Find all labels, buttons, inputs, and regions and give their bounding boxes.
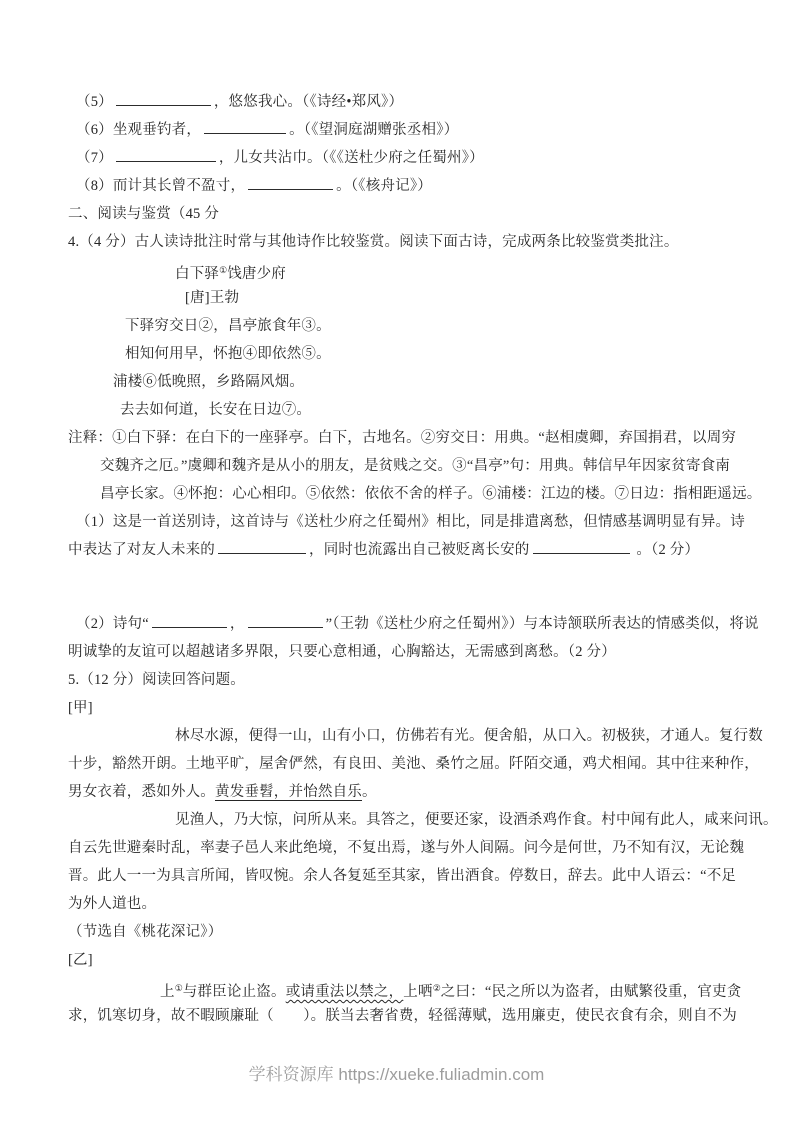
footnote-marker: ① (175, 983, 183, 993)
text-segment: 去去如何道，长安在日边⑦。 (120, 402, 311, 418)
text-segment: （5） (76, 94, 113, 110)
poem-author: [唐]王勃 (68, 284, 743, 312)
poem-line-1: 下驿穷交日②，昌亭旅食年③。 (68, 312, 743, 340)
text-segment: 。（2 分） (633, 542, 700, 558)
text-segment: 二、阅读与鉴赏（45 分 (68, 206, 219, 222)
text-segment: 4.（4 分）古人读诗批注时常与其他诗作比较鉴赏。阅读下面古诗，完成两条比较鉴赏… (68, 234, 679, 250)
text-segment: （8）而计其长曾不盈寸， (76, 178, 245, 194)
question-4-2-line-1: （2）诗句“，”（王勃《送杜少府之任蜀州》）与本诗颔联所表达的情感类似，将说 (68, 610, 743, 638)
answer-blank (533, 541, 630, 554)
text-segment: 浦楼⑥低晚照，乡路隔风烟。 (113, 374, 304, 390)
resource-site-link[interactable]: 学科资源库 https://xueke.fuliadmin.com (249, 1065, 545, 1084)
passage-jia-line-2: 十步，豁然开朗。土地平旷，屋舍俨然，有良田、美池、桑竹之屈。阡陌交通，鸡犬相闻。… (68, 750, 743, 778)
text-segment: 求，饥寒切身，故不暇顾廉耻（ ）。朕当去奢省费，轻徭薄赋，选用廉吏，使民衣食有余… (68, 1008, 737, 1024)
answer-blank (248, 177, 333, 190)
text-segment: ， (230, 616, 245, 632)
passage-jia-line-1: 林尽水源，便得一山，山有小口，仿佛若有光。便舍船，从口入。初极狭，才通人。复行数 (68, 722, 743, 750)
passage-jia-line-3: 男女衣着，悉如外人。黄发垂髫，并怡然自乐。 (68, 778, 743, 806)
text-segment: 明诚挚的友谊可以超越诸多界限，只要心意相通，心胸豁达，无需感到离愁。（2 分） (68, 644, 616, 660)
vertical-gap (68, 564, 743, 610)
text-segment: 相知何用早，怀抱④即依然⑤。 (125, 346, 331, 362)
text-segment: 见渔人，乃大惊，问所从来。具答之，便要还家，设酒杀鸡作食。村中闻有此人，咸来问讯… (175, 812, 778, 828)
text-segment: 昌亭长家。④怀抱：心心相印。⑤依然：依依不舍的样子。⑥浦楼：江边的楼。⑦日边：指… (100, 486, 762, 502)
text-segment: 白下驿 (175, 266, 219, 282)
passage-jia-source: （节选自《桃花深记》） (68, 918, 743, 946)
blank-item-8: （8）而计其长曾不盈寸，。（《核舟记》） (68, 172, 743, 200)
text-segment: [乙] (68, 952, 93, 968)
text-segment: 注释：①白下驿：在白下的一座驿亭。白下，古地名。②穷交日：用典。“赵相虞卿，弃国… (68, 430, 736, 446)
passage-yi-label: [乙] (68, 946, 743, 974)
text-segment: （1）这是一首送别诗，这首诗与《送杜少府之任蜀州》相比，同是排遣离愁，但情感基调… (76, 514, 745, 530)
text-segment: 交魏齐之厄。”虞卿和魏齐是从小的朋友，是贫贱之交。③“昌亭”句：用典。韩信早年因… (100, 458, 730, 474)
answer-blank (116, 149, 216, 162)
text-segment: 晋。此人一一为具言所闻，皆叹惋。余人各复延至其家，皆出酒食。停数日，辞去。此中人… (68, 868, 736, 884)
text-segment: ”（王勃《送杜少府之任蜀州》）与本诗颔联所表达的情感类似，将说 (326, 616, 759, 632)
section-heading-reading: 二、阅读与鉴赏（45 分 (68, 200, 743, 228)
text-segment: （7） (76, 150, 113, 166)
text-segment: 男女衣着，悉如外人。 (68, 784, 215, 800)
question-4-stem: 4.（4 分）古人读诗批注时常与其他诗作比较鉴赏。阅读下面古诗，完成两条比较鉴赏… (68, 228, 743, 256)
blank-item-6: （6）坐观垂钓者，。（《望洞庭湖赠张丞相》） (68, 116, 743, 144)
text-segment: 十步，豁然开朗。土地平旷，屋舍俨然，有良田、美池、桑竹之屈。阡陌交通，鸡犬相闻。… (68, 756, 759, 772)
text-segment: 。（《望洞庭湖赠张丞相》） (289, 122, 458, 138)
wavy-underlined-phrase: 或请重法以禁之， (286, 984, 404, 1000)
blank-item-7: （7），儿女共沾巾。（《《送杜少府之任蜀州》） (68, 144, 743, 172)
text-segment: 饯唐少府 (227, 266, 286, 282)
passage-jia-line-5: 自云先世避秦时乱，率妻子邑人来此绝境，不复出焉，遂与外人间隔。问今是何世，乃不知… (68, 834, 743, 862)
question-4-1-line-2: 中表达了对友人未来的，同时也流露出自己被贬离长安的 。（2 分） (68, 536, 743, 564)
text-segment: 林尽水源，便得一山，山有小口，仿佛若有光。便舍船，从口入。初极狭，才通人。复行数 (175, 728, 763, 744)
exam-paper-page: （5），悠悠我心。（《诗经•郑风》）（6）坐观垂钓者，。（《望洞庭湖赠张丞相》）… (0, 0, 793, 1122)
answer-blank (116, 93, 211, 106)
passage-jia-line-4: 见渔人，乃大惊，问所从来。具答之，便要还家，设酒杀鸡作食。村中闻有此人，咸来问讯… (68, 806, 743, 834)
text-segment: 。（《核舟记》） (336, 178, 432, 194)
answer-blank (204, 121, 286, 134)
passage-jia-line-6: 晋。此人一一为具言所闻，皆叹惋。余人各复延至其家，皆出酒食。停数日，辞去。此中人… (68, 862, 743, 890)
answer-blank (248, 615, 323, 628)
text-segment: 为外人道也。 (68, 896, 156, 912)
poem-line-2: 相知何用早，怀抱④即依然⑤。 (68, 340, 743, 368)
text-segment: [甲] (68, 700, 93, 716)
poem-notes-line-1: 注释：①白下驿：在白下的一座驿亭。白下，古地名。②穷交日：用典。“赵相虞卿，弃国… (68, 424, 743, 452)
poem-notes-line-2: 交魏齐之厄。”虞卿和魏齐是从小的朋友，是贫贱之交。③“昌亭”句：用典。韩信早年因… (68, 452, 743, 480)
document-body: （5），悠悠我心。（《诗经•郑风》）（6）坐观垂钓者，。（《望洞庭湖赠张丞相》）… (0, 0, 793, 1030)
passage-jia-label: [甲] (68, 694, 743, 722)
blank-item-5: （5），悠悠我心。（《诗经•郑风》） (68, 88, 743, 116)
question-5-stem: 5.（12 分）阅读回答问题。 (68, 666, 743, 694)
text-segment: 上 (160, 984, 175, 1000)
page-footer: 学科资源库 https://xueke.fuliadmin.com (0, 1060, 793, 1085)
poem-line-4: 去去如何道，长安在日边⑦。 (68, 396, 743, 424)
text-segment: （2）诗句“ (76, 616, 149, 632)
footnote-marker: ① (219, 265, 227, 275)
underlined-phrase: 黄发垂髫，并怡然自乐 (215, 784, 362, 800)
text-segment: 。 (362, 784, 377, 800)
text-segment: 与群臣论止盗。 (183, 984, 286, 1000)
text-segment: 上哂 (403, 984, 432, 1000)
passage-jia-line-7: 为外人道也。 (68, 890, 743, 918)
text-segment: ，儿女共沾巾。（《《送杜少府之任蜀州》） (219, 150, 484, 166)
footnote-marker: ② (433, 983, 441, 993)
text-segment: 下驿穷交日②，昌亭旅食年③。 (125, 318, 331, 334)
passage-yi-line-2: 求，饥寒切身，故不暇顾廉耻（ ）。朕当去奢省费，轻徭薄赋，选用廉吏，使民衣食有余… (68, 1002, 743, 1030)
poem-title: 白下驿①饯唐少府 (68, 256, 743, 284)
passage-yi-line-1: 上①与群臣论止盗。或请重法以禁之，上哂②之曰：“民之所以为盗者，由赋繁役重，官吏… (68, 974, 743, 1002)
text-segment: 自云先世避秦时乱，率妻子邑人来此绝境，不复出焉，遂与外人间隔。问今是何世，乃不知… (68, 840, 744, 856)
answer-blank (218, 541, 306, 554)
text-segment: 中表达了对友人未来的 (68, 542, 215, 558)
text-segment: （6）坐观垂钓者， (76, 122, 201, 138)
question-4-1-line-1: （1）这是一首送别诗，这首诗与《送杜少府之任蜀州》相比，同是排遣离愁，但情感基调… (68, 508, 743, 536)
text-segment: ，同时也流露出自己被贬离长安的 (309, 542, 530, 558)
text-segment: 5.（12 分）阅读回答问题。 (68, 672, 245, 688)
poem-line-3: 浦楼⑥低晚照，乡路隔风烟。 (68, 368, 743, 396)
question-4-2-line-2: 明诚挚的友谊可以超越诸多界限，只要心意相通，心胸豁达，无需感到离愁。（2 分） (68, 638, 743, 666)
text-segment: （节选自《桃花深记》） (68, 924, 222, 940)
answer-blank (152, 615, 227, 628)
text-segment: [唐]王勃 (185, 290, 239, 306)
text-segment: ，悠悠我心。（《诗经•郑风》） (214, 94, 403, 110)
poem-notes-line-3: 昌亭长家。④怀抱：心心相印。⑤依然：依依不舍的样子。⑥浦楼：江边的楼。⑦日边：指… (68, 480, 743, 508)
text-segment: 之曰：“民之所以为盗者，由赋繁役重，官吏贪 (441, 984, 742, 1000)
